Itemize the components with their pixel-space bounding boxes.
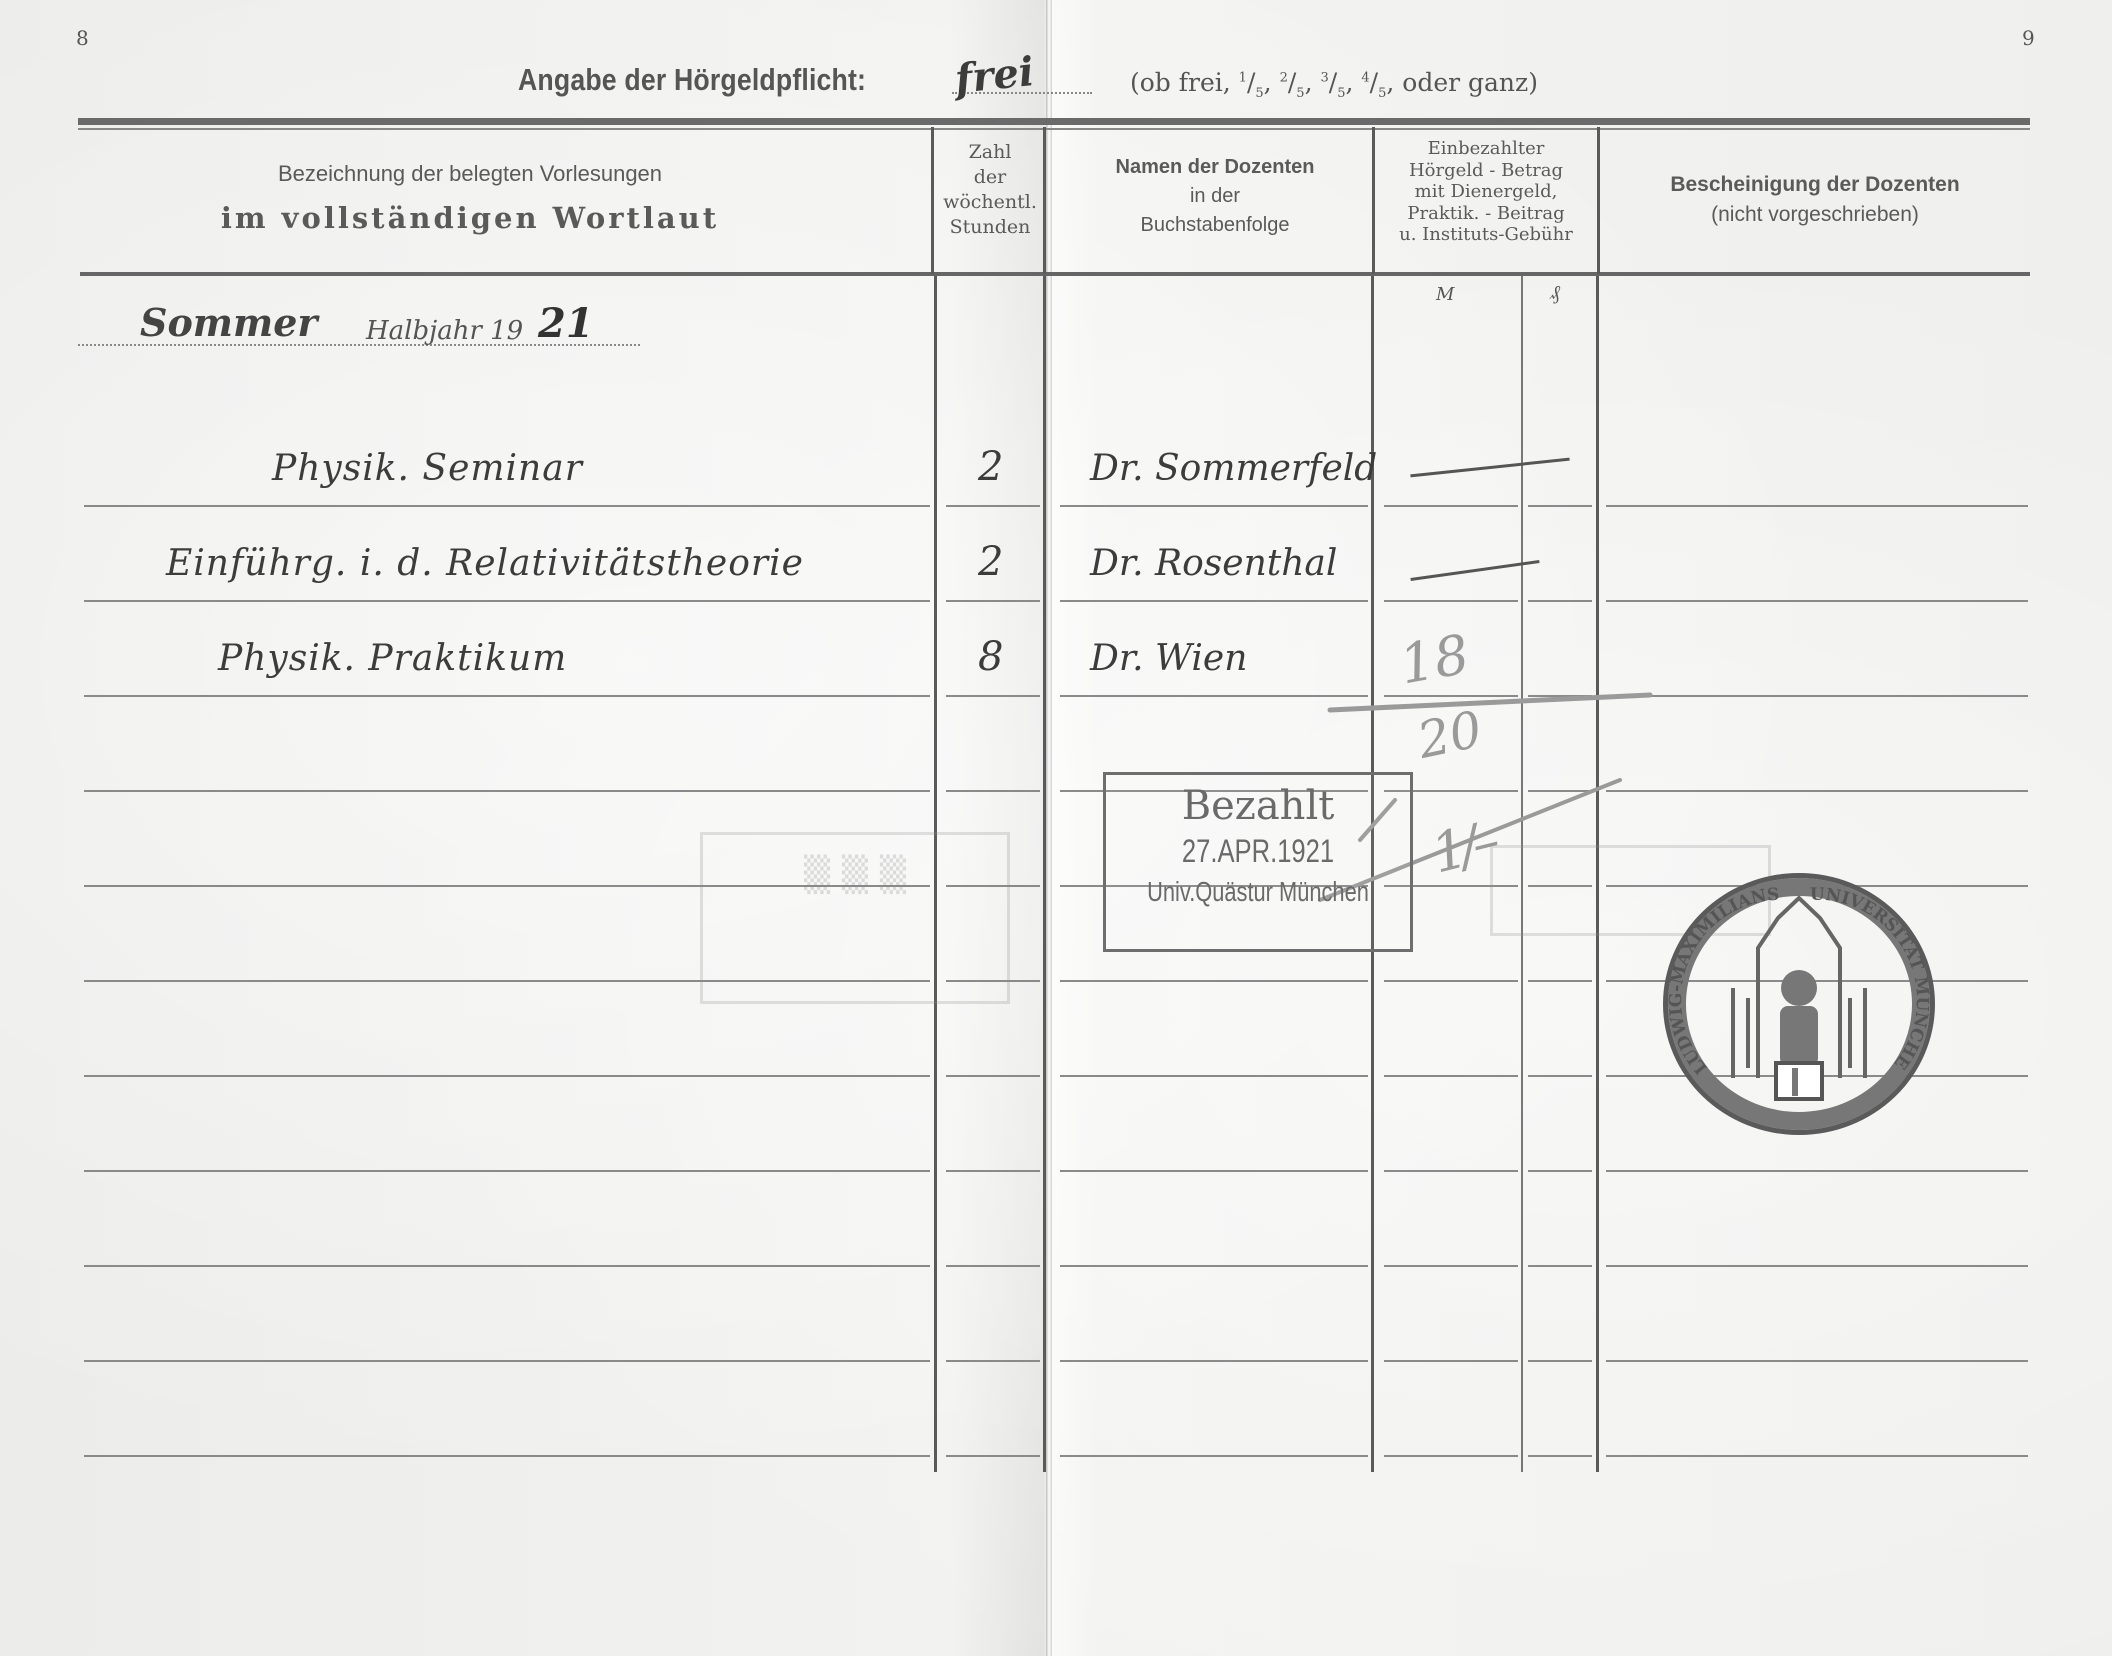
header-bottom-rule — [80, 272, 2030, 276]
ruled-line — [946, 790, 1040, 792]
ruled-line — [1060, 1075, 1368, 1077]
course-row-2-lecture: Einführg. i. d. Relativitätstheorie — [166, 543, 804, 584]
paid-stamp-title: Bezahlt — [1106, 783, 1410, 829]
top-thick-rule — [78, 118, 2030, 125]
header-divider-2 — [1043, 127, 1046, 274]
paid-stamp: Bezahlt 27.APR.1921 Univ.Quästur München — [1103, 772, 1413, 952]
ruled-line — [84, 1360, 930, 1362]
ruled-line — [1384, 1075, 1518, 1077]
seal-text-left: LUDWIG-MAXIMILIANS — [1668, 885, 1780, 1078]
header-certification-line2: (nicht vorgeschrieben) — [1600, 202, 2030, 228]
fee-options-list: 1/5, 2/5, 3/5, 4/5, — [1239, 68, 1395, 97]
book-spine — [1046, 0, 1052, 1656]
column-divider-hours-right — [1043, 276, 1046, 1472]
header-hours-line-2: der — [935, 165, 1045, 190]
ruled-line — [946, 1265, 1040, 1267]
header-divider-1 — [931, 127, 934, 274]
course-row-2-hours: 2 — [978, 539, 1003, 585]
ruled-line — [1528, 505, 1592, 507]
fee-options-prefix: (ob frei, — [1130, 68, 1231, 97]
ruled-line — [1384, 1455, 1518, 1457]
ruled-line — [1060, 1455, 1368, 1457]
course-row-1-hours: 2 — [978, 444, 1003, 490]
ruled-line — [1528, 1360, 1592, 1362]
header-hours: Zahlderwöchentl.Stunden — [935, 140, 1045, 240]
ruled-line — [1528, 600, 1592, 602]
ruled-line — [1060, 980, 1368, 982]
ruled-line — [1384, 1360, 1518, 1362]
header-fees: EinbezahlterHörgeld - Betragmit Dienerge… — [1375, 138, 1597, 246]
semester-label: Halbjahr 19 — [366, 316, 523, 346]
header-lectures-line1: Bezeichnung der belegten Vorlesungen — [160, 160, 780, 188]
course-row-1-lecturer: Dr. Sommerfeld — [1090, 448, 1377, 489]
ruled-line — [84, 1265, 930, 1267]
ruled-line — [1060, 1360, 1368, 1362]
course-row-3-hours: 8 — [978, 634, 1003, 680]
fees-mark-subheader: M — [1436, 284, 1454, 305]
semester-season: Sommer — [140, 300, 317, 345]
university-seal: LUDWIG-MAXIMILIANS UNIVERSITÄT MÜNCHEN — [1663, 873, 1935, 1135]
ruled-line — [1384, 1170, 1518, 1172]
ruled-line — [1384, 980, 1518, 982]
header-divider-4 — [1597, 127, 1600, 274]
fee-options-suffix: oder ganz) — [1402, 68, 1538, 97]
ruled-line — [1060, 1170, 1368, 1172]
header-fees-line-5: u. Instituts-Gebühr — [1375, 224, 1597, 246]
header-certification-line1: Bescheinigung der Dozenten — [1600, 172, 2030, 198]
ruled-line — [1606, 1170, 2028, 1172]
header-certification: Bescheinigung der Dozenten (nicht vorges… — [1600, 172, 2030, 229]
header-lecturers: Namen der Dozenten in der Buchstabenfolg… — [1060, 155, 1370, 238]
ruled-line — [84, 600, 930, 602]
ruled-line — [84, 790, 930, 792]
ruled-line — [946, 1360, 1040, 1362]
ruled-line — [1528, 1075, 1592, 1077]
semester-year: 21 — [538, 300, 594, 347]
header-hours-line-3: wöchentl. — [935, 190, 1045, 215]
ruled-line — [946, 1170, 1040, 1172]
ruled-line — [84, 1170, 930, 1172]
ruled-line — [1606, 1265, 2028, 1267]
header-lecturers-line2: in der — [1060, 184, 1370, 209]
course-row-1-lecture: Physik. Seminar — [272, 448, 583, 489]
ruled-line — [84, 695, 930, 697]
header-divider-3 — [1372, 127, 1375, 274]
header-lecturers-line1: Namen der Dozenten — [1060, 155, 1370, 180]
ruled-line — [1384, 505, 1518, 507]
header-hours-line-4: Stunden — [935, 215, 1045, 240]
top-thin-rule — [78, 128, 2030, 130]
ruled-line — [1606, 1360, 2028, 1362]
course-row-3-fee: 18 — [1395, 623, 1474, 697]
ruled-line — [946, 695, 1040, 697]
course-row-3-lecturer: Dr. Wien — [1090, 638, 1247, 679]
header-fees-line-4: Praktik. - Beitrag — [1375, 203, 1597, 225]
fee-option-3: 3/5, — [1313, 68, 1354, 97]
ruled-line — [1606, 600, 2028, 602]
ruled-line — [84, 1455, 930, 1457]
ruled-line — [946, 1455, 1040, 1457]
ruled-line — [1528, 1455, 1592, 1457]
ruled-line — [1606, 1455, 2028, 1457]
fee-obligation-label: Angabe der Hörgeldpflicht: — [518, 62, 866, 98]
fee-options: (ob frei, 1/5, 2/5, 3/5, 4/5, oder ganz) — [1130, 68, 1538, 101]
ruled-line — [1528, 1265, 1592, 1267]
header-fees-line-1: Einbezahlter — [1375, 138, 1597, 160]
fee-obligation-value: frei — [953, 48, 1036, 103]
paid-stamp-office: Univ.Quästur München — [1139, 876, 1376, 908]
course-row-3-lecture: Physik. Praktikum — [218, 638, 567, 679]
fee-option-2: 2/5, — [1272, 68, 1313, 97]
ghost-stamp-left: ▒ ▒ ▒ — [700, 832, 1010, 1004]
ruled-line — [946, 1075, 1040, 1077]
ruled-line — [1606, 505, 2028, 507]
ruled-line — [1060, 505, 1368, 507]
fee-option-1: 1/5, — [1239, 68, 1272, 97]
ruled-line — [1060, 1265, 1368, 1267]
ruled-line — [1384, 1265, 1518, 1267]
header-fees-line-3: mit Dienergeld, — [1375, 181, 1597, 203]
fee-option-4: 4/5, — [1353, 68, 1394, 97]
svg-text:LUDWIG-MAXIMILIANS: LUDWIG-MAXIMILIANS — [1668, 885, 1780, 1078]
ruled-line — [1384, 600, 1518, 602]
header-fees-line-2: Hörgeld - Betrag — [1375, 160, 1597, 182]
ruled-line — [1528, 980, 1592, 982]
course-row-2-lecturer: Dr. Rosenthal — [1090, 543, 1337, 584]
seal-emblem-icon: LUDWIG-MAXIMILIANS UNIVERSITÄT MÜNCHEN — [1668, 878, 1930, 1130]
paid-stamp-date: 27.APR.1921 — [1136, 833, 1379, 870]
header-hours-line-1: Zahl — [935, 140, 1045, 165]
page-number-right: 9 — [2022, 26, 2035, 50]
header-lectures-line2: im vollständigen Wortlaut — [160, 200, 780, 236]
ruled-line — [946, 600, 1040, 602]
ruled-line — [1060, 600, 1368, 602]
ruled-line — [84, 1075, 930, 1077]
fees-pfennig-subheader: ₰ — [1550, 280, 1560, 305]
paper-background — [0, 0, 2112, 1656]
header-lecturers-line3: Buchstabenfolge — [1060, 213, 1370, 238]
ruled-line — [946, 505, 1040, 507]
ruled-line — [84, 505, 930, 507]
page-number-left: 8 — [76, 26, 89, 50]
ruled-line — [1528, 1170, 1592, 1172]
